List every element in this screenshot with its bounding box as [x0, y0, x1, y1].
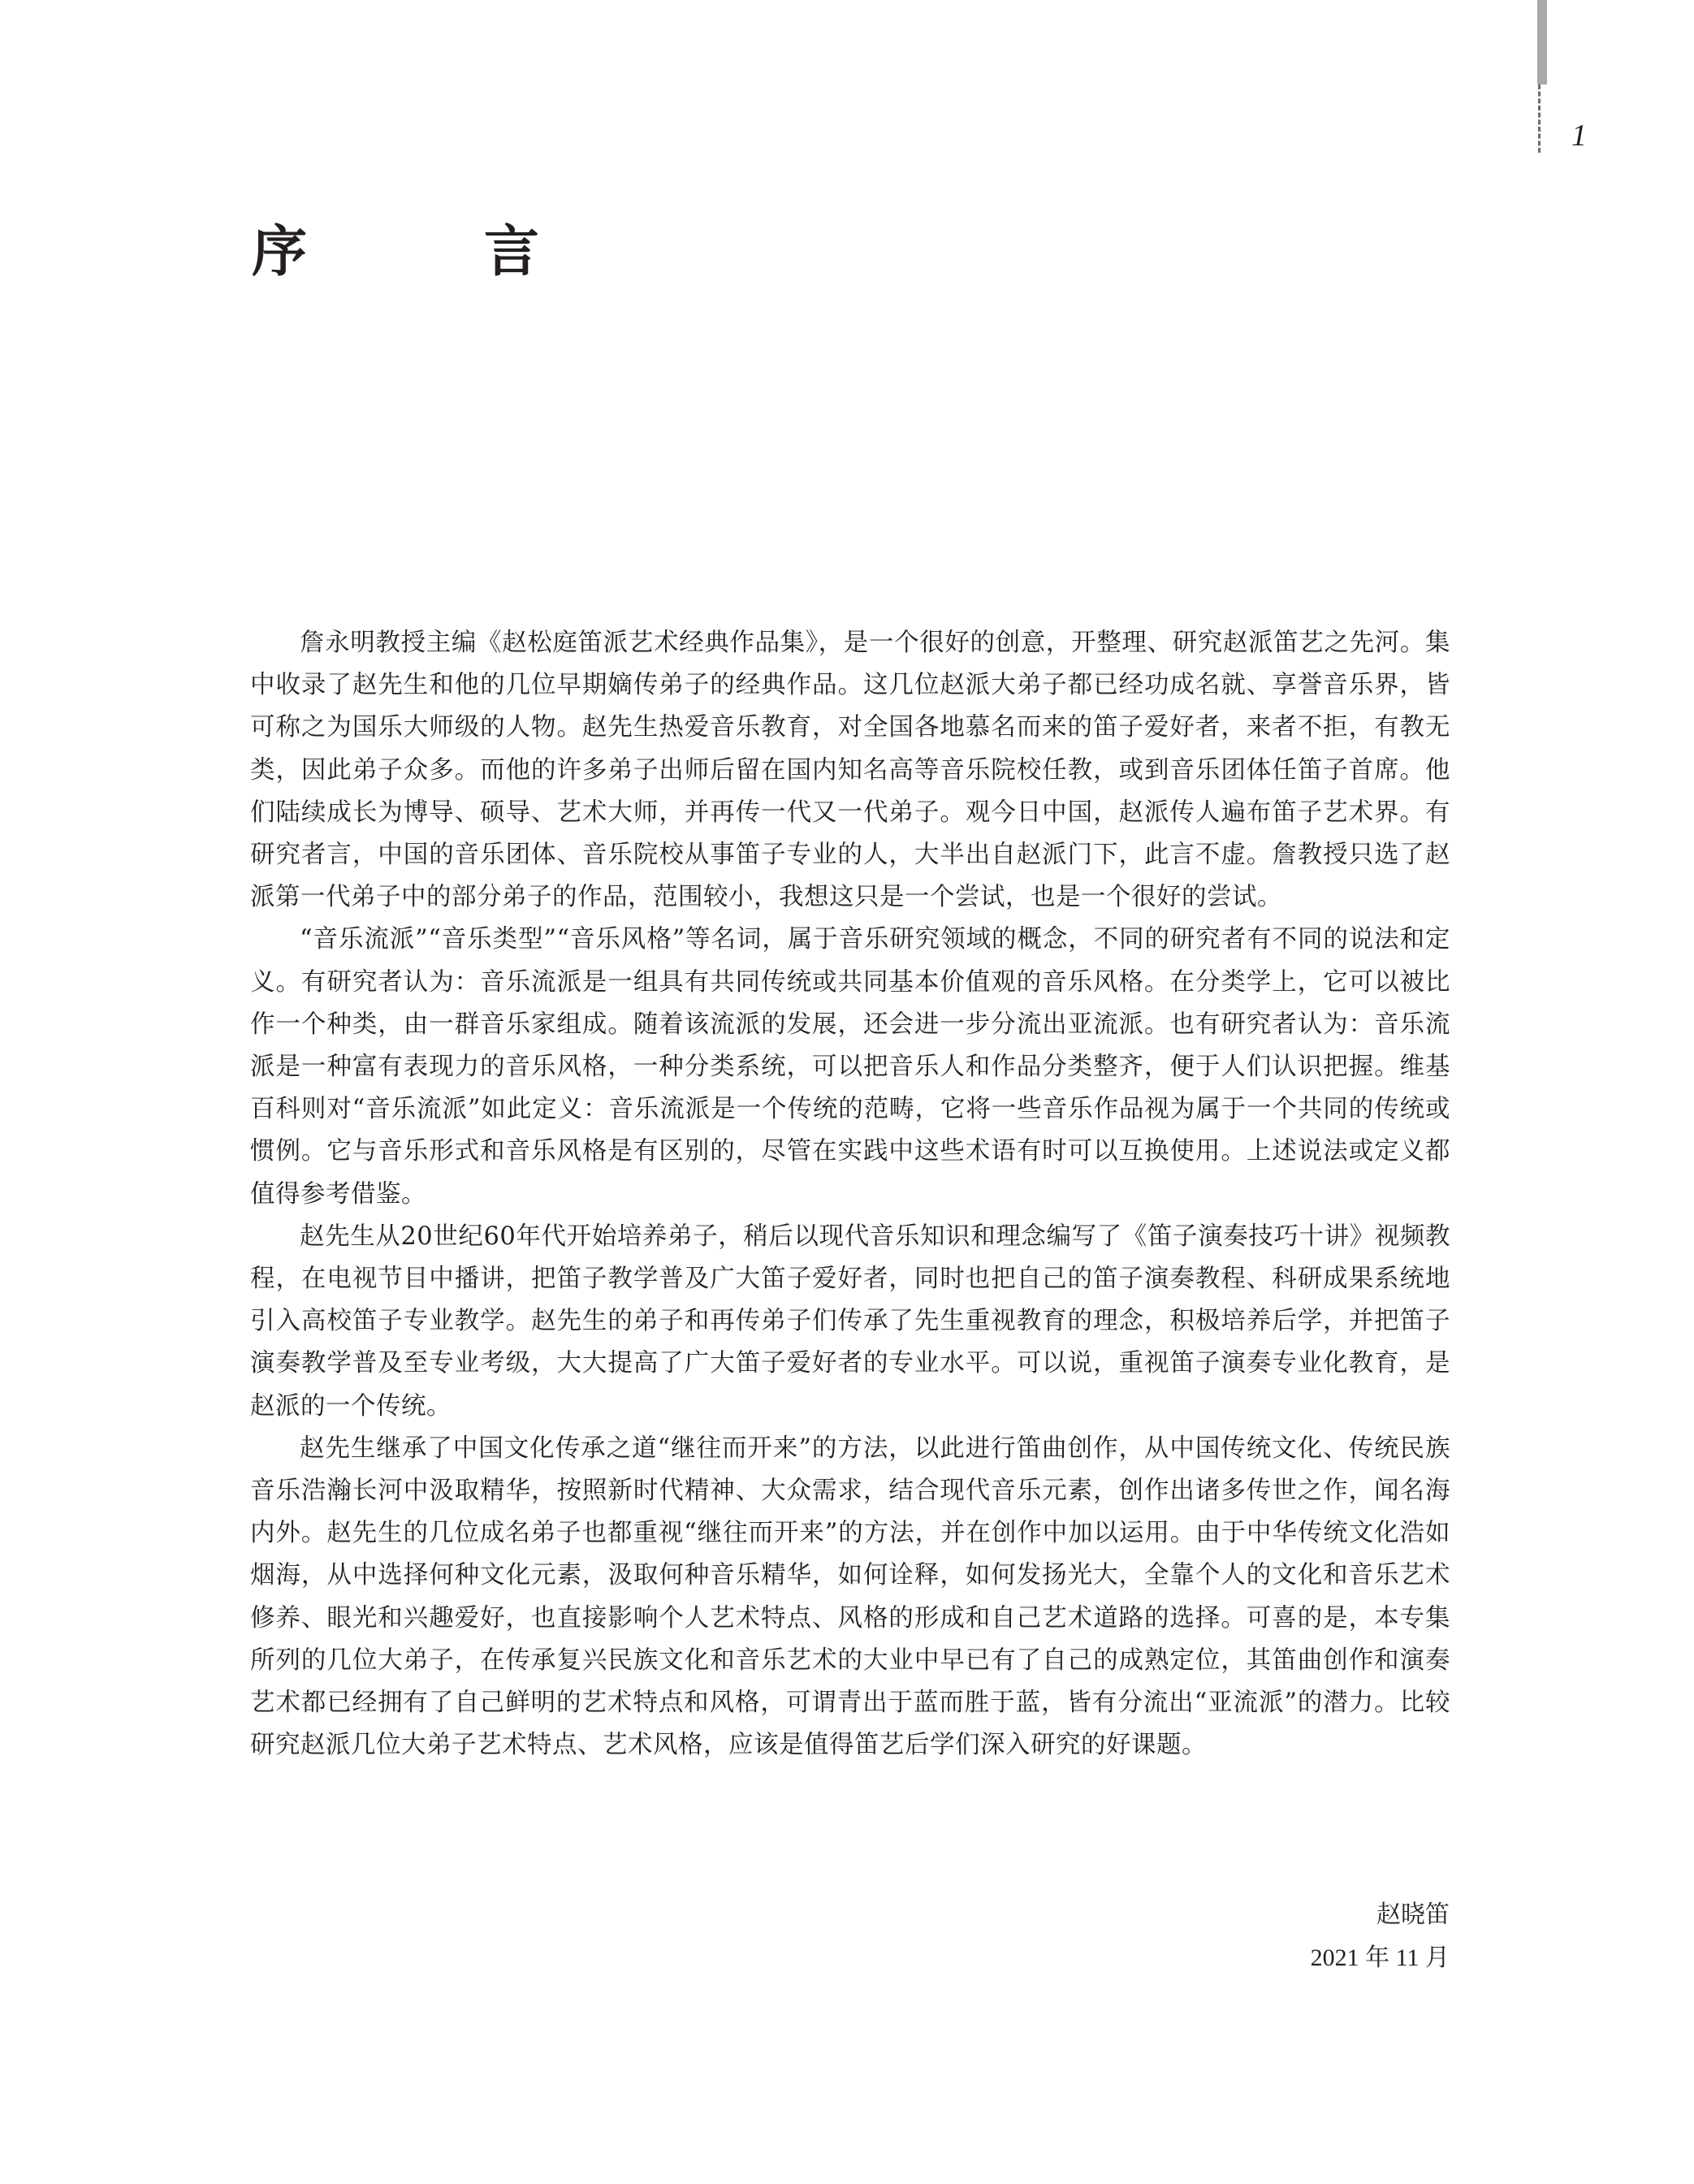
margin-dashed-rule — [1538, 84, 1541, 153]
page-number: 1 — [1571, 120, 1587, 151]
paragraph-1: 詹永明教授主编《赵松庭笛派艺术经典作品集》，是一个很好的创意，开整理、研究赵派笛… — [250, 622, 1450, 919]
chapter-tab-marker — [1537, 0, 1547, 84]
preface-body: 詹永明教授主编《赵松庭笛派艺术经典作品集》，是一个很好的创意，开整理、研究赵派笛… — [250, 622, 1450, 1767]
paragraph-3: 赵先生从20世纪60年代开始培养弟子，稍后以现代音乐知识和理念编写了《笛子演奏技… — [250, 1216, 1450, 1428]
author-signature: 赵晓笛 — [1376, 1903, 1450, 1927]
signature-date: 2021 年 11 月 — [1311, 1946, 1450, 1970]
page-title: 序 言 — [252, 224, 600, 279]
paragraph-2: “音乐流派”“音乐类型”“音乐风格”等名词，属于音乐研究领域的概念，不同的研究者… — [250, 919, 1450, 1215]
paragraph-4: 赵先生继承了中国文化传承之道“继往而开来”的方法，以此进行笛曲创作，从中国传统文… — [250, 1428, 1450, 1767]
